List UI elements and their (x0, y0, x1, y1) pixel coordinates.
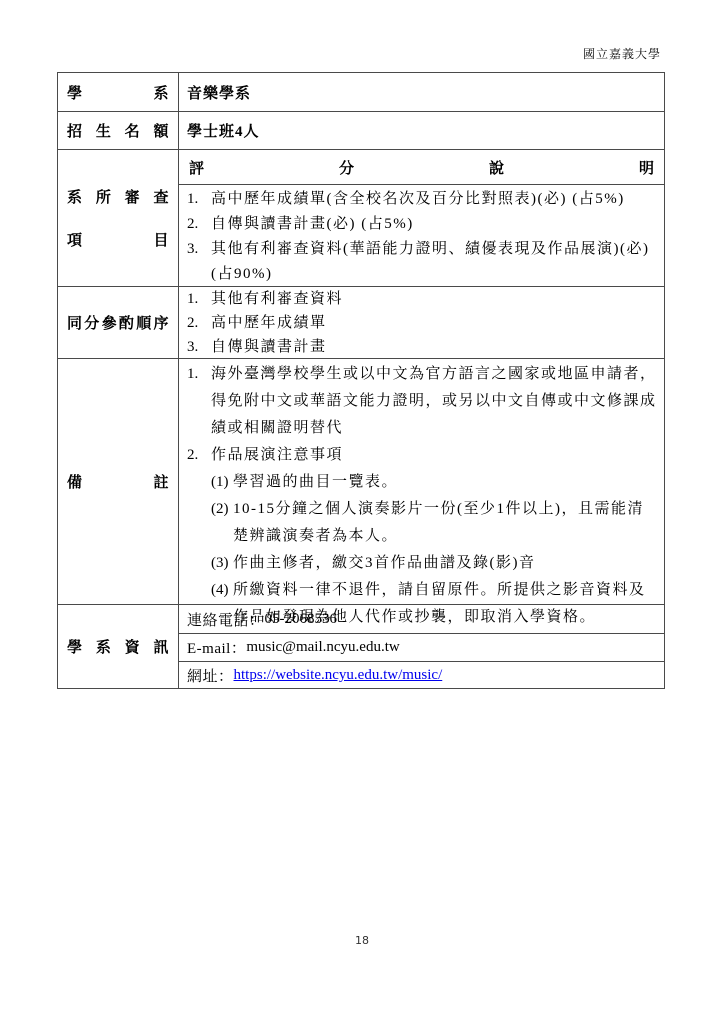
row-label-remarks-text: 備註 (67, 471, 169, 492)
university-name: 國立嘉義大學 (583, 45, 661, 62)
document-page: 國立嘉義大學 學系 音樂學系 招生名額 學士班4人 系所審查 項目 評分說明 (0, 0, 724, 1024)
review-content: 評分說明 1. 高中歷年成績單(含全校名次及百分比對照表)(必) (占5%) 2… (179, 150, 664, 286)
table-row-remarks: 備註 1. 海外臺灣學校學生或以中文為官方語言之國家或地區申請者，得免附中文或華… (58, 358, 664, 604)
tiebreak-item-text: 自傳與讀書計畫 (211, 335, 658, 359)
item-number: 1. (187, 287, 211, 311)
quota-value: 學士班4人 (179, 112, 664, 149)
row-label-tiebreak-text: 同分參酌順序 (67, 312, 169, 333)
tiebreak-item-list: 1. 其他有利審查資料 2. 高中歷年成績單 3. 自傳與讀書計畫 (179, 287, 664, 359)
score-explanation-header-text: 評分說明 (179, 157, 664, 178)
item-number: 1. (187, 361, 211, 442)
subitem-marker: (1) (211, 469, 233, 496)
review-item-text: 其他有利審查資料(華語能力證明、績優表現及作品展演)(必) (占90%) (211, 237, 658, 287)
tiebreak-item: 3. 自傳與讀書計畫 (187, 335, 658, 359)
tiebreak-item: 1. 其他有利審查資料 (187, 287, 658, 311)
contact-phone-label: 連絡電話： (187, 609, 265, 630)
table-row-contact: 學系資訊 連絡電話： 05-2068536 E-mail： music@mail… (58, 604, 664, 688)
score-explanation-header: 評分說明 (179, 150, 664, 185)
website-link[interactable]: https://website.ncyu.edu.tw/music/ (234, 667, 443, 684)
row-label-contact-text: 學系資訊 (67, 636, 169, 657)
remark-subitem: (1) 學習過的曲目一覽表。 (211, 469, 658, 496)
remark-subitem: (3) 作曲主修者，繳交3首作品曲譜及錄(影)音 (211, 550, 658, 577)
item-number: 2. (187, 442, 211, 469)
row-label-contact: 學系資訊 (58, 605, 179, 688)
table-row-quota: 招生名額 學士班4人 (58, 111, 664, 149)
item-number: 2. (187, 311, 211, 335)
page-number: 18 (0, 934, 724, 947)
row-label-review-line2: 項目 (67, 229, 169, 250)
remark-item: 1. 海外臺灣學校學生或以中文為官方語言之國家或地區申請者，得免附中文或華語文能… (187, 361, 658, 442)
row-label-review-line1: 系所審查 (67, 186, 169, 207)
subitem-marker: (2) (211, 496, 233, 550)
remark-subitem-text: 學習過的曲目一覽表。 (233, 469, 658, 496)
remark-subitem-text: 作曲主修者，繳交3首作品曲譜及錄(影)音 (233, 550, 658, 577)
review-item: 2. 自傳與讀書計畫(必) (占5%) (187, 212, 658, 237)
review-item-text: 高中歷年成績單(含全校名次及百分比對照表)(必) (占5%) (211, 187, 658, 212)
tiebreak-item: 2. 高中歷年成績單 (187, 311, 658, 335)
remark-subitem: (2) 10-15分鐘之個人演奏影片一份(至少1件以上)，且需能清楚辨識演奏者為… (211, 496, 658, 550)
review-item-list: 1. 高中歷年成績單(含全校名次及百分比對照表)(必) (占5%) 2. 自傳與… (179, 185, 664, 287)
row-label-remarks: 備註 (58, 359, 179, 604)
row-label-tiebreak: 同分參酌順序 (58, 287, 179, 358)
remark-item-text: 作品展演注意事項 (211, 442, 658, 469)
row-label-department: 學系 (58, 73, 179, 111)
contact-email-row: E-mail： music@mail.ncyu.edu.tw (179, 633, 664, 661)
item-number: 3. (187, 335, 211, 359)
tiebreak-content: 1. 其他有利審查資料 2. 高中歷年成績單 3. 自傳與讀書計畫 (179, 287, 664, 358)
remark-item-text: 海外臺灣學校學生或以中文為官方語言之國家或地區申請者，得免附中文或華語文能力證明… (211, 361, 658, 442)
contact-phone-row: 連絡電話： 05-2068536 (179, 605, 664, 633)
remarks-list: 1. 海外臺灣學校學生或以中文為官方語言之國家或地區申請者，得免附中文或華語文能… (179, 359, 664, 631)
review-item: 1. 高中歷年成績單(含全校名次及百分比對照表)(必) (占5%) (187, 187, 658, 212)
row-label-review-items: 系所審查 項目 (58, 150, 179, 286)
remark-item: 2. 作品展演注意事項 (187, 442, 658, 469)
review-item: 3. 其他有利審查資料(華語能力證明、績優表現及作品展演)(必) (占90%) (187, 237, 658, 287)
review-item-text: 自傳與讀書計畫(必) (占5%) (211, 212, 658, 237)
contact-phone-value: 05-2068536 (265, 611, 338, 628)
table-row-review-items: 系所審查 項目 評分說明 1. 高中歷年成績單(含全校名次及百分比對照表)(必)… (58, 149, 664, 286)
department-value: 音樂學系 (179, 73, 664, 111)
contact-email-value: music@mail.ncyu.edu.tw (246, 639, 399, 656)
contact-content: 連絡電話： 05-2068536 E-mail： music@mail.ncyu… (179, 605, 664, 688)
contact-website-label: 網址： (187, 665, 234, 686)
row-label-department-text: 學系 (67, 82, 169, 103)
tiebreak-item-text: 其他有利審查資料 (211, 287, 658, 311)
table-row-tiebreak: 同分參酌順序 1. 其他有利審查資料 2. 高中歷年成績單 3. 自傳與讀書計畫 (58, 286, 664, 358)
item-number: 3. (187, 237, 211, 287)
tiebreak-item-text: 高中歷年成績單 (211, 311, 658, 335)
item-number: 1. (187, 187, 211, 212)
row-label-quota-text: 招生名額 (67, 120, 169, 141)
subitem-marker: (3) (211, 550, 233, 577)
table-row-department: 學系 音樂學系 (58, 73, 664, 111)
remarks-content: 1. 海外臺灣學校學生或以中文為官方語言之國家或地區申請者，得免附中文或華語文能… (179, 359, 664, 604)
contact-website-row: 網址： https://website.ncyu.edu.tw/music/ (179, 661, 664, 689)
remark-subitem-text: 10-15分鐘之個人演奏影片一份(至少1件以上)，且需能清楚辨識演奏者為本人。 (233, 496, 658, 550)
admission-table: 學系 音樂學系 招生名額 學士班4人 系所審查 項目 評分說明 (57, 72, 665, 689)
contact-email-label: E-mail： (187, 637, 246, 658)
row-label-quota: 招生名額 (58, 112, 179, 149)
item-number: 2. (187, 212, 211, 237)
